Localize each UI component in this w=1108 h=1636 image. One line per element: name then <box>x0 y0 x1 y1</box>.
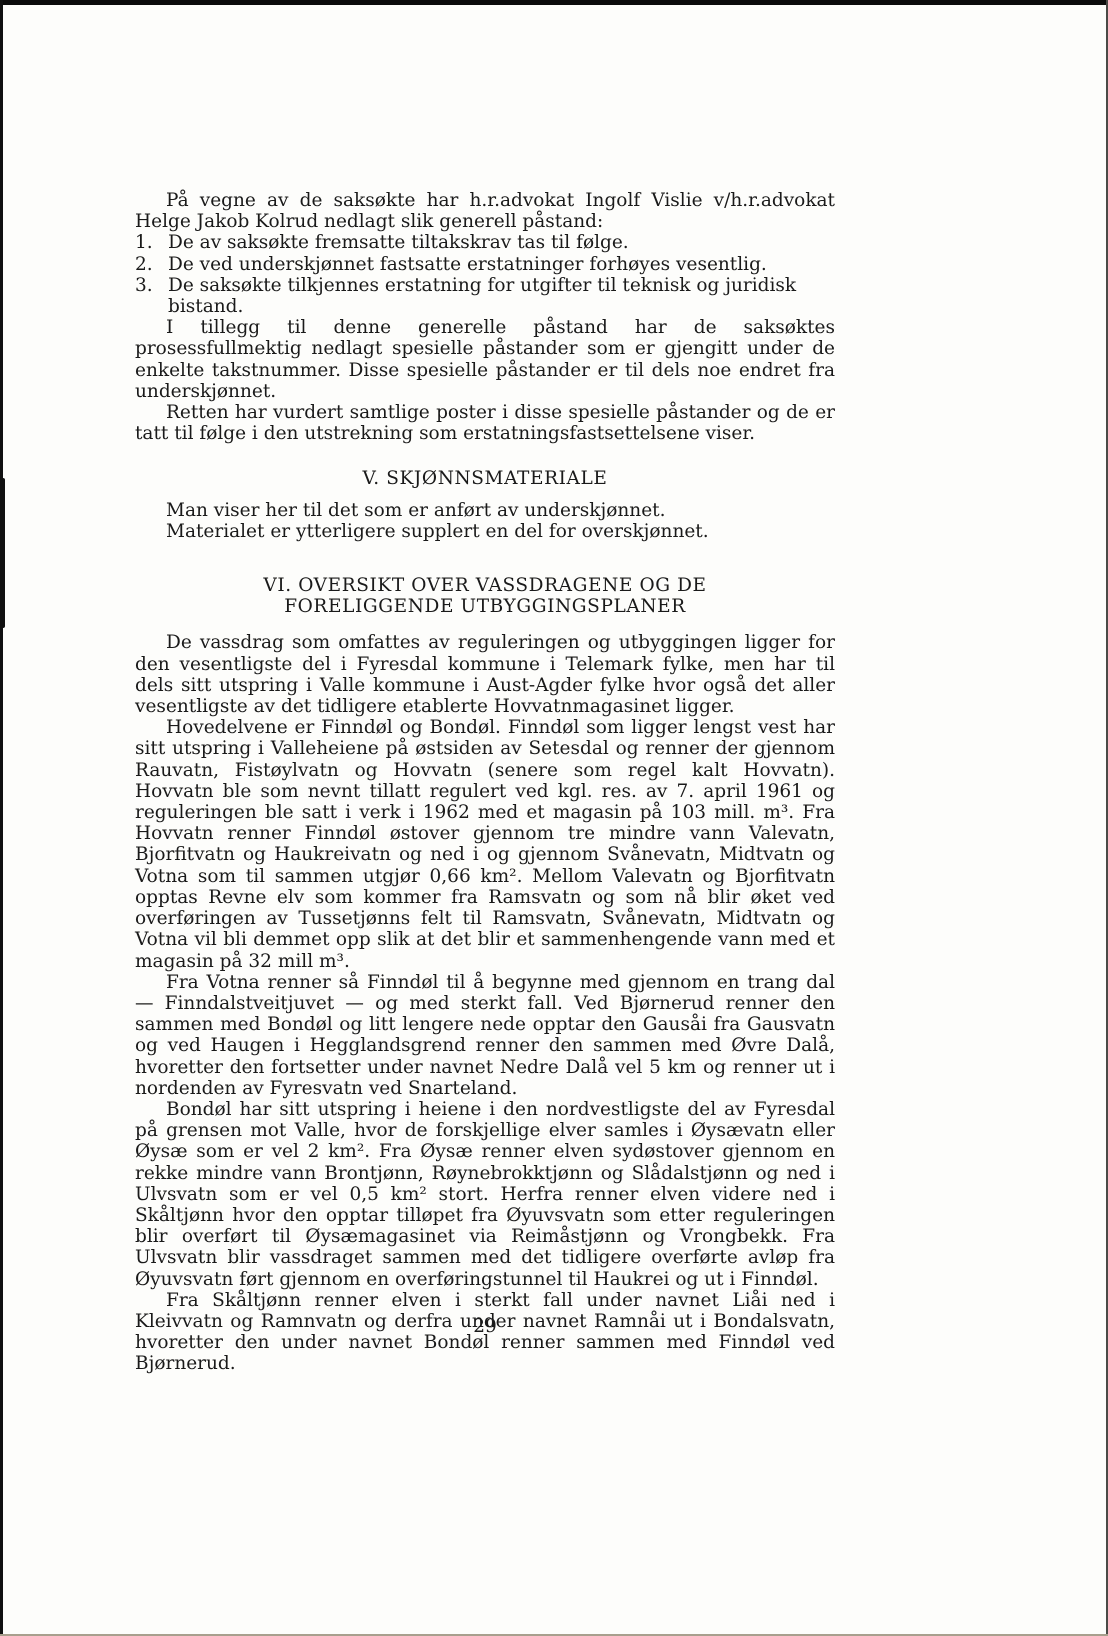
section-vi-heading-line2: FORELIGGENDE UTBYGGINGSPLANER <box>135 596 835 617</box>
paragraph: I tillegg til denne generelle påstand ha… <box>135 317 835 402</box>
paragraph: Hovedelvene er Finndøl og Bondøl. Finndø… <box>135 717 835 971</box>
paragraph: Retten har vurdert samtlige poster i dis… <box>135 402 835 444</box>
claim-text: De saksøkte tilkjennes erstatning for ut… <box>168 275 835 317</box>
page-number: 29 <box>135 1316 835 1337</box>
paragraph: Bondøl har sitt utspring i heiene i den … <box>135 1099 835 1290</box>
paragraph: Fra Votna renner så Finndøl til å begynn… <box>135 972 835 1099</box>
paragraph: Materialet er ytterligere supplert en de… <box>135 521 835 542</box>
scan-top-edge <box>0 0 1108 5</box>
claim-number: 2. <box>135 254 168 275</box>
lead-paragraph: På vegne av de saksøkte har h.r.advokat … <box>135 190 835 232</box>
scan-left-edge <box>0 0 3 1636</box>
scan-left-edge-blob <box>0 478 5 628</box>
paragraph: De vassdrag som omfattes av reguleringen… <box>135 632 835 717</box>
text-block: På vegne av de saksøkte har h.r.advokat … <box>135 190 835 1375</box>
scanned-page: { "page": { "number": "29", "paper_color… <box>0 0 1108 1636</box>
claims-list: 1. De av saksøkte fremsatte tiltakskrav … <box>135 232 835 317</box>
section-v-heading: V. SKJØNNSMATERIALE <box>135 468 835 489</box>
claim-text: De ved underskjønnet fastsatte erstatnin… <box>168 254 835 275</box>
claim-item: 2. De ved underskjønnet fastsatte erstat… <box>135 254 835 275</box>
claim-text: De av saksøkte fremsatte tiltakskrav tas… <box>168 232 835 253</box>
claim-item: 1. De av saksøkte fremsatte tiltakskrav … <box>135 232 835 253</box>
claim-item: 3. De saksøkte tilkjennes erstatning for… <box>135 275 835 317</box>
claim-number: 3. <box>135 275 168 317</box>
claim-number: 1. <box>135 232 168 253</box>
paragraph: Man viser her til det som er anført av u… <box>135 500 835 521</box>
section-vi-heading: VI. OVERSIKT OVER VASSDRAGENE OG DE FORE… <box>135 575 835 617</box>
section-vi-heading-line1: VI. OVERSIKT OVER VASSDRAGENE OG DE <box>135 575 835 596</box>
